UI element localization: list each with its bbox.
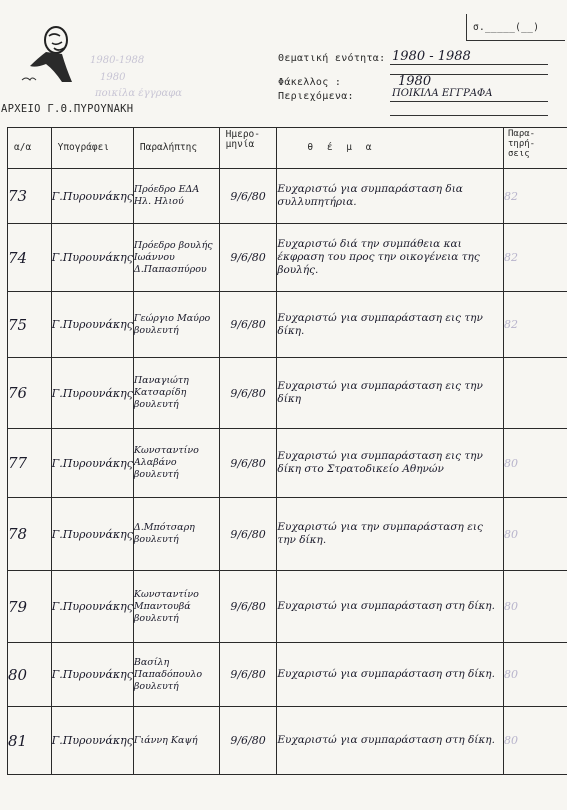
row-subject: Ευχαριστώ διά την συμπάθεια και έκφραση … bbox=[277, 224, 504, 292]
table-row: 74 Γ.Πυρουνάκης Πρόεδρο βουλής Ιωάννου Δ… bbox=[8, 224, 567, 292]
folder-label: Φάκελλος : bbox=[278, 77, 341, 88]
table-row: 81 Γ.Πυρουνάκης Γιάννη Καψή 9/6/80 Ευχαρ… bbox=[8, 707, 567, 775]
row-recipient: Κωνσταντίνο Μπαντουβά βουλευτή bbox=[133, 571, 219, 643]
page-reference: σ._____(__) bbox=[473, 22, 539, 33]
row-signer: Γ.Πυρουνάκης bbox=[51, 224, 133, 292]
row-recipient: Παναγιώτη Κατσαρίδη βουλευτή bbox=[133, 358, 219, 429]
row-recipient: Πρόεδρο βουλής Ιωάννου Δ.Παπασπύρου bbox=[133, 224, 219, 292]
row-number: 76 bbox=[8, 358, 52, 429]
row-recipient: Βασίλη Παπαδόπουλο βουλευτή bbox=[133, 643, 219, 707]
table-row: 78 Γ.Πυρουνάκης Δ.Μπότσαρη βουλευτή 9/6/… bbox=[8, 498, 567, 571]
contents-value: ΠΟΙΚΙΛΑ ΕΓΓΡΑΦΑ bbox=[392, 88, 492, 99]
contents-label: Περιεχόμενα: bbox=[278, 91, 354, 102]
row-number: 77 bbox=[8, 429, 52, 498]
row-subject: Ευχαριστώ για συμπαράσταση εις την δίκη bbox=[277, 358, 504, 429]
thematic-unit-label: Θεματική ενότητα: bbox=[278, 53, 385, 64]
table-row: 76 Γ.Πυρουνάκης Παναγιώτη Κατσαρίδη βουλ… bbox=[8, 358, 567, 429]
row-signer: Γ.Πυρουνάκης bbox=[51, 643, 133, 707]
row-signer: Γ.Πυρουνάκης bbox=[51, 358, 133, 429]
table-row: 79 Γ.Πυρουνάκης Κωνσταντίνο Μπαντουβά βο… bbox=[8, 571, 567, 643]
table-header-row: α/α Υπογράφει Παραλήπτης Ημερο- μηνία θ … bbox=[8, 128, 567, 169]
col-header-recipient: Παραλήπτης bbox=[133, 128, 219, 169]
row-date: 9/6/80 bbox=[219, 571, 277, 643]
row-recipient: Κωνσταντίνο Αλαβάνο βουλευτή bbox=[133, 429, 219, 498]
row-signer: Γ.Πυρουνάκης bbox=[51, 292, 133, 358]
portrait-logo bbox=[16, 18, 82, 84]
row-signer: Γ.Πυρουνάκης bbox=[51, 498, 133, 571]
row-notes: 80 bbox=[504, 429, 567, 498]
row-date: 9/6/80 bbox=[219, 707, 277, 775]
register-table: α/α Υπογράφει Παραλήπτης Ημερο- μηνία θ … bbox=[7, 127, 567, 775]
col-header-subject: θ έ μ α bbox=[277, 128, 504, 169]
row-date: 9/6/80 bbox=[219, 169, 277, 224]
field-underline bbox=[390, 114, 548, 116]
row-signer: Γ.Πυρουνάκης bbox=[51, 571, 133, 643]
row-date: 9/6/80 bbox=[219, 358, 277, 429]
bleed-through-text: ποικίλα έγγραφα bbox=[95, 88, 182, 99]
bleed-through-text: 1980 bbox=[100, 72, 125, 83]
table-row: 73 Γ.Πυρουνάκης Πρόεδρο ΕΔΑ Ηλ. Ηλιού 9/… bbox=[8, 169, 567, 224]
row-number: 81 bbox=[8, 707, 52, 775]
thematic-unit-value: 1980 - 1988 bbox=[392, 49, 471, 64]
table-row: 75 Γ.Πυρουνάκης Γεώργιο Μαύρο βουλευτή 9… bbox=[8, 292, 567, 358]
row-subject: Ευχαριστώ για την συμπαράσταση εις την δ… bbox=[277, 498, 504, 571]
col-header-signer: Υπογράφει bbox=[51, 128, 133, 169]
row-recipient: Πρόεδρο ΕΔΑ Ηλ. Ηλιού bbox=[133, 169, 219, 224]
row-number: 78 bbox=[8, 498, 52, 571]
row-number: 73 bbox=[8, 169, 52, 224]
archive-name: ΑΡΧΕΙΟ Γ.Θ.ΠΥΡΟΥΝΑΚΗ bbox=[1, 103, 133, 115]
row-recipient: Γεώργιο Μαύρο βουλευτή bbox=[133, 292, 219, 358]
row-recipient: Γιάννη Καψή bbox=[133, 707, 219, 775]
row-date: 9/6/80 bbox=[219, 224, 277, 292]
row-signer: Γ.Πυρουνάκης bbox=[51, 429, 133, 498]
row-notes bbox=[504, 358, 567, 429]
table-row: 77 Γ.Πυρουνάκης Κωνσταντίνο Αλαβάνο βουλ… bbox=[8, 429, 567, 498]
row-date: 9/6/80 bbox=[219, 498, 277, 571]
row-notes: 82 bbox=[504, 169, 567, 224]
row-date: 9/6/80 bbox=[219, 643, 277, 707]
row-notes: 80 bbox=[504, 643, 567, 707]
row-notes: 82 bbox=[504, 292, 567, 358]
folder-value: 1980 bbox=[398, 74, 431, 89]
row-subject: Ευχαριστώ για συμπαράσταση εις την δίκη. bbox=[277, 292, 504, 358]
row-notes: 80 bbox=[504, 498, 567, 571]
row-number: 74 bbox=[8, 224, 52, 292]
row-subject: Ευχαριστώ για συμπαράσταση στη δίκη. bbox=[277, 643, 504, 707]
row-subject: Ευχαριστώ για συμπαράσταση στη δίκη. bbox=[277, 571, 504, 643]
col-header-date: Ημερο- μηνία bbox=[219, 128, 277, 169]
table-row: 80 Γ.Πυρουνάκης Βασίλη Παπαδόπουλο βουλε… bbox=[8, 643, 567, 707]
row-signer: Γ.Πυρουνάκης bbox=[51, 707, 133, 775]
row-date: 9/6/80 bbox=[219, 429, 277, 498]
row-recipient: Δ.Μπότσαρη βουλευτή bbox=[133, 498, 219, 571]
row-subject: Ευχαριστώ για συμπαράσταση εις την δίκη … bbox=[277, 429, 504, 498]
row-notes: 82 bbox=[504, 224, 567, 292]
row-number: 75 bbox=[8, 292, 52, 358]
row-signer: Γ.Πυρουνάκης bbox=[51, 169, 133, 224]
row-date: 9/6/80 bbox=[219, 292, 277, 358]
page-reference-box: σ._____(__) bbox=[466, 14, 565, 41]
row-number: 80 bbox=[8, 643, 52, 707]
field-underline bbox=[390, 100, 548, 102]
bleed-through-text: 1980-1988 bbox=[90, 55, 144, 66]
row-subject: Ευχαριστώ για συμπαράσταση δια συλλυπητή… bbox=[277, 169, 504, 224]
col-header-aa: α/α bbox=[8, 128, 52, 169]
col-header-notes: Παρα- τηρή- σεις bbox=[504, 128, 567, 169]
row-notes: 80 bbox=[504, 571, 567, 643]
row-number: 79 bbox=[8, 571, 52, 643]
field-underline bbox=[390, 63, 548, 65]
row-subject: Ευχαριστώ για συμπαράσταση στη δίκη. bbox=[277, 707, 504, 775]
row-notes: 80 bbox=[504, 707, 567, 775]
